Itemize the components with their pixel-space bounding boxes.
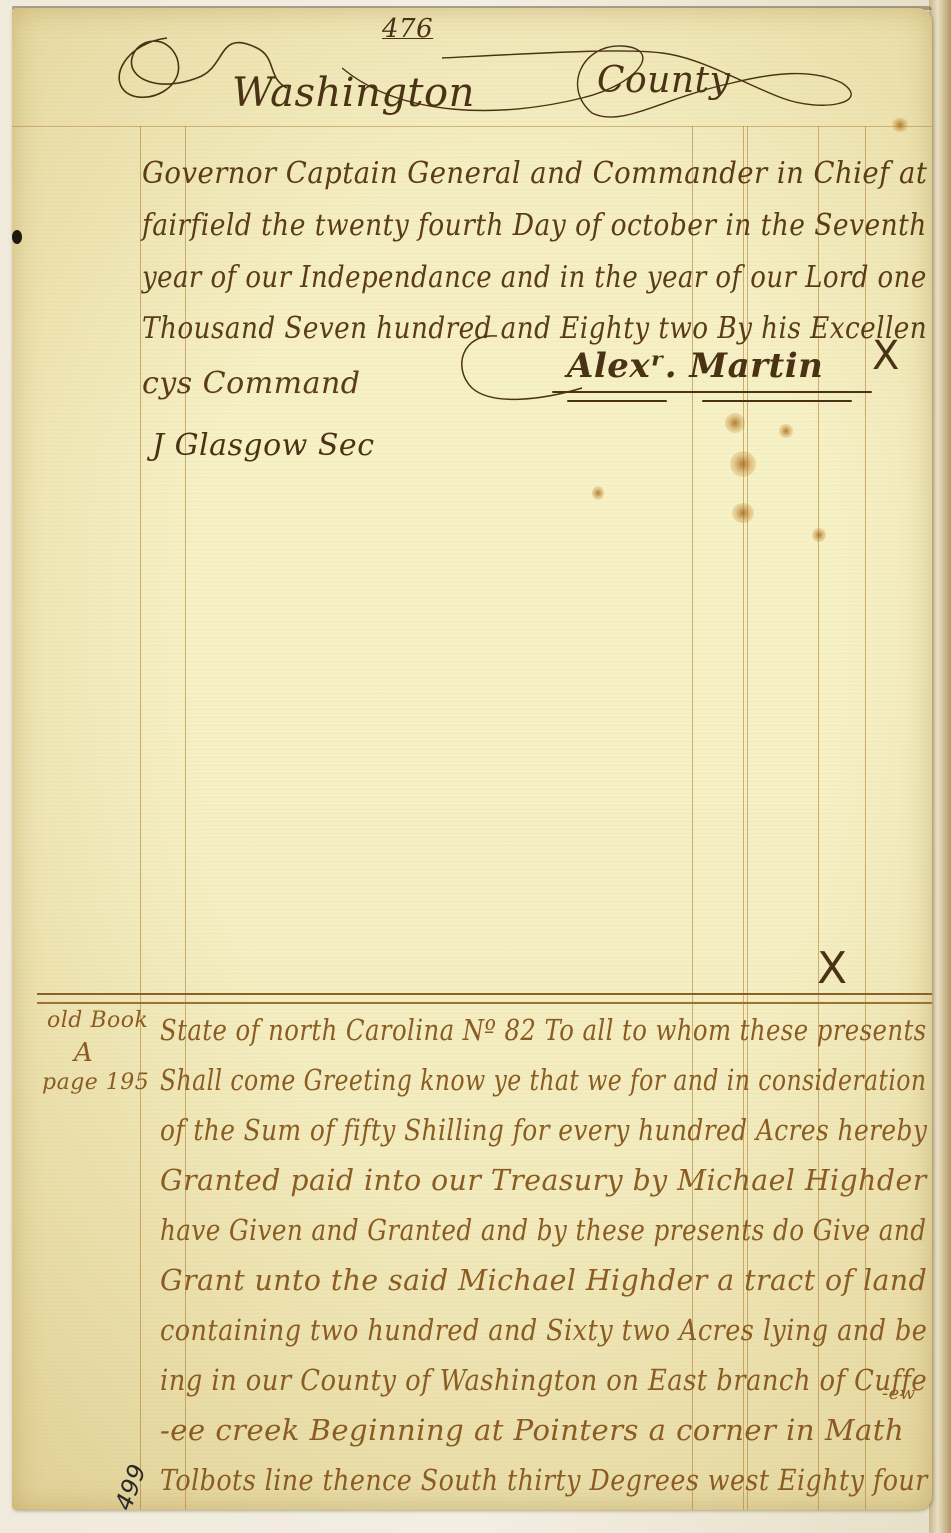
upper-entry-line-5: cys Command	[142, 366, 361, 401]
entry-divider	[37, 993, 932, 1004]
foxing-stain	[732, 503, 754, 523]
foxing-stain	[812, 528, 826, 542]
signature-underline	[567, 400, 667, 402]
signature-underline	[702, 400, 852, 402]
lower-entry-line-3: of the Sum of fifty Shilling for every h…	[160, 1113, 927, 1147]
upper-entry-line-3: year of our Independance and in the year…	[142, 260, 927, 295]
foxing-stain	[730, 451, 756, 477]
foxing-stain	[725, 413, 745, 433]
lower-entry-line-2: Shall come Greeting know ye that we for …	[160, 1063, 927, 1097]
pencil-folio-number: 499	[109, 1460, 151, 1510]
cancel-x-mark: X	[817, 943, 848, 994]
lower-entry-line-6: Grant unto the said Michael Highder a tr…	[160, 1263, 927, 1297]
margin-note-old-book: old Book	[47, 1008, 148, 1033]
signature-x-mark: X	[872, 333, 900, 379]
lower-entry-line-7: containing two hundred and Sixty two Acr…	[160, 1313, 927, 1347]
margin-rule-left	[140, 126, 141, 1510]
upper-entry-line-2: fairfield the twenty fourth Day of octob…	[142, 208, 927, 243]
margin-note-book-letter: A	[74, 1038, 93, 1068]
ink-blot	[12, 230, 22, 244]
foxing-stain	[592, 486, 604, 500]
lower-entry-line-4: Granted paid into our Treasury by Michae…	[160, 1163, 927, 1197]
governor-signature: Alexʳ. Martin	[567, 346, 823, 386]
county-label-heading: County	[597, 60, 730, 101]
foxing-stain	[779, 424, 793, 438]
margin-note-page: page 195	[42, 1070, 149, 1095]
upper-entry-line-1: Governor Captain General and Commander i…	[142, 156, 927, 191]
lower-entry-line-8: ing in our County of Washington on East …	[160, 1363, 927, 1397]
signature-underline	[552, 391, 872, 393]
lower-entry-line-1: State of north Carolina Nº 82 To all to …	[160, 1013, 927, 1047]
book-spine-edge	[929, 0, 951, 1533]
lower-entry-line-5: have Given and Granted and by these pres…	[160, 1213, 926, 1247]
ledger-page: 476 Washington County Governor Captain G…	[12, 8, 932, 1510]
interlinear-insert: -ew	[882, 1383, 916, 1404]
secretary-signature: J Glasgow Sec	[152, 428, 375, 463]
lower-entry-line-10: Tolbots line thence South thirty Degrees…	[160, 1463, 928, 1497]
lower-entry-line-9: -ee creek Beginning at Pointers a corner…	[160, 1413, 904, 1447]
